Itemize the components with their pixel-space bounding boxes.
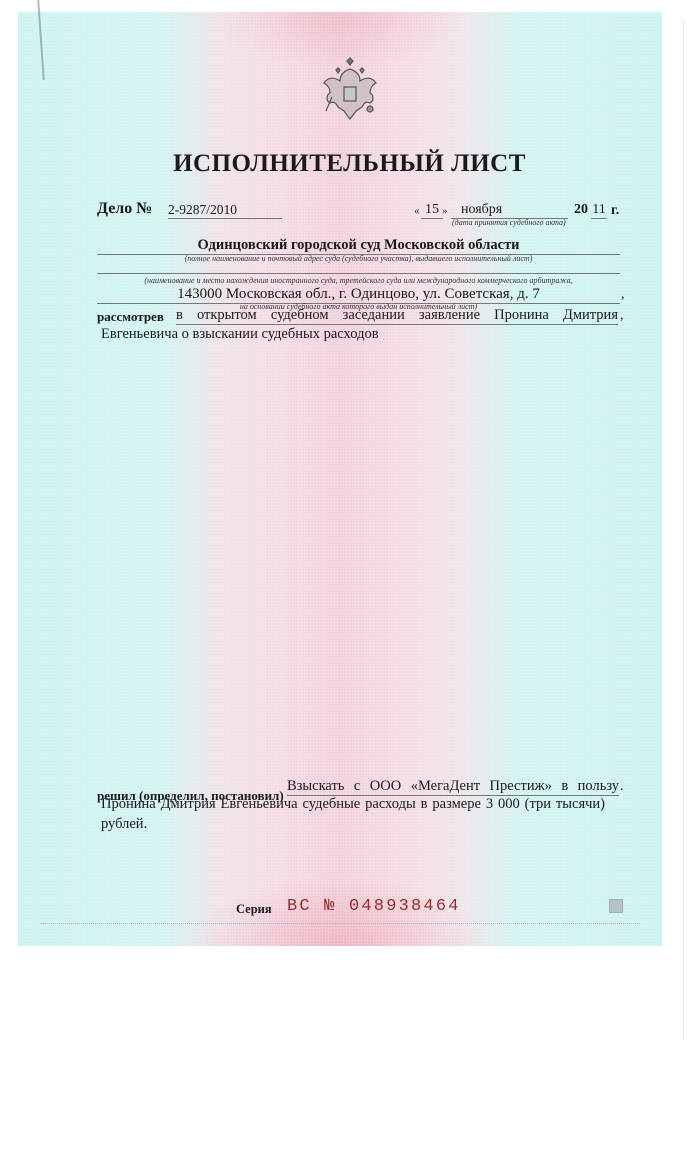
considered-text-line1: в открытом судебном заседании заявление … [176,307,618,325]
decision-trailing: . [620,779,624,795]
decision-text-line1: Взыскать с ООО «МегаДент Престиж» в поль… [287,778,619,796]
date-year-prefix: 20 [574,202,588,218]
considered-label: рассмотрев [97,309,164,325]
date-year-unit: г. [611,203,619,219]
court-address-trailing: , [621,287,625,303]
court-caption: (полное наименование и почтовый адрес су… [97,254,620,263]
series-label: Серия [236,902,272,917]
case-label: Дело № [97,200,152,218]
series-number: ВС № 048938464 [287,897,461,916]
date-quote-open: « [414,205,420,217]
decision-text-line2: Пронина Дмитрия Евгеньевича судебные рас… [101,796,605,813]
foreign-court-blank-line [97,273,620,274]
date-caption: (дата принятия судебного акта) [452,218,566,227]
decision-text-line3: рублей. [101,816,147,833]
date-quote-close: » [442,205,448,217]
considered-trailing: , [620,308,624,324]
case-number: 2-9287/2010 [168,202,282,219]
date-year: 11 [591,202,607,219]
date-month: ноября [451,202,568,219]
date-day: 15 [421,202,443,219]
coat-of-arms-icon [320,57,380,127]
document-title: ИСПОЛНИТЕЛЬНЫЙ ЛИСТ [0,150,699,178]
security-square-mark [609,899,623,913]
bottom-border-rule [40,923,640,924]
foreign-court-caption: (наименование и место нахождения иностра… [97,276,620,285]
considered-text-line2: Евгеньевича о взыскании судебных расходо… [101,326,379,343]
court-name: Одинцовский городской суд Московской обл… [97,237,620,255]
